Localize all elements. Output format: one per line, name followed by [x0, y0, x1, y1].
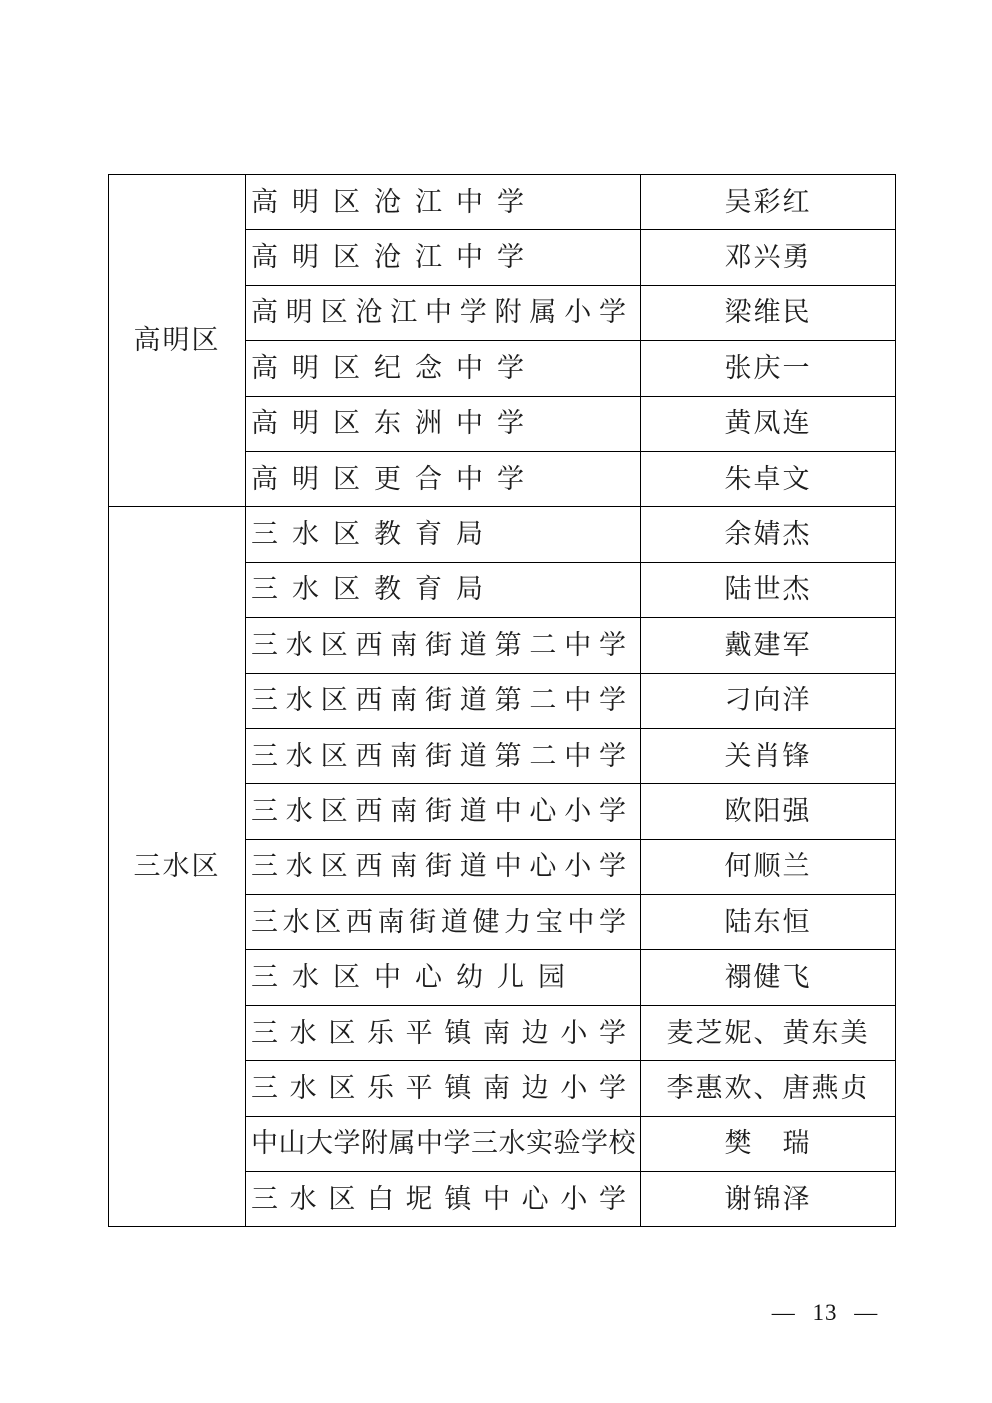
school-cell: 高明区沧江中学附属小学	[246, 285, 641, 340]
school-cell: 高明区纪念中学	[246, 341, 641, 396]
school-cell: 三水区西南街道第二中学	[246, 673, 641, 728]
name-cell: 梁维民	[641, 285, 896, 340]
school-cell: 三水区西南街道中心小学	[246, 784, 641, 839]
name-cell: 张庆一	[641, 341, 896, 396]
school-cell: 高明区沧江中学	[246, 175, 641, 230]
name-cell: 戴建军	[641, 618, 896, 673]
name-cell: 李惠欢、唐燕贞	[641, 1061, 896, 1116]
school-cell: 三水区乐平镇南边小学	[246, 1005, 641, 1060]
name-cell: 吴彩红	[641, 175, 896, 230]
name-cell: 朱卓文	[641, 451, 896, 506]
name-cell: 陆世杰	[641, 562, 896, 617]
name-cell: 黄凤连	[641, 396, 896, 451]
district-school-name-table: 高明区 高明区沧江中学 吴彩红 高明区沧江中学 邓兴勇 高明区沧江中学附属小学 …	[108, 174, 896, 1227]
school-cell: 高明区沧江中学	[246, 230, 641, 285]
district-cell: 三水区	[109, 507, 246, 1227]
name-cell: 谢锦泽	[641, 1172, 896, 1227]
name-cell: 余婧杰	[641, 507, 896, 562]
document-page: 高明区 高明区沧江中学 吴彩红 高明区沧江中学 邓兴勇 高明区沧江中学附属小学 …	[0, 0, 992, 1403]
school-cell: 三水区教育局	[246, 562, 641, 617]
school-cell: 三水区白坭镇中心小学	[246, 1172, 641, 1227]
school-cell: 三水区西南街道第二中学	[246, 728, 641, 783]
school-cell: 三水区西南街道健力宝中学	[246, 895, 641, 950]
name-cell: 邓兴勇	[641, 230, 896, 285]
name-cell: 樊 瑞	[641, 1116, 896, 1171]
school-cell: 高明区更合中学	[246, 451, 641, 506]
name-cell: 陆东恒	[641, 895, 896, 950]
table-row: 高明区 高明区沧江中学 吴彩红	[109, 175, 896, 230]
page-number: — 13 —	[745, 1300, 905, 1326]
school-cell: 三水区中心幼儿园	[246, 950, 641, 1005]
school-cell: 高明区东洲中学	[246, 396, 641, 451]
name-cell: 关肖锋	[641, 728, 896, 783]
name-cell: 禤健飞	[641, 950, 896, 1005]
school-cell: 三水区西南街道第二中学	[246, 618, 641, 673]
name-cell: 何顺兰	[641, 839, 896, 894]
school-cell: 三水区乐平镇南边小学	[246, 1061, 641, 1116]
table-row: 三水区 三水区教育局 余婧杰	[109, 507, 896, 562]
name-cell: 麦芝妮、黄东美	[641, 1005, 896, 1060]
name-cell: 欧阳强	[641, 784, 896, 839]
school-cell: 三水区教育局	[246, 507, 641, 562]
district-cell: 高明区	[109, 175, 246, 507]
name-cell: 刁向洋	[641, 673, 896, 728]
school-cell: 三水区西南街道中心小学	[246, 839, 641, 894]
school-cell: 中山大学附属中学三水实验学校	[246, 1116, 641, 1171]
